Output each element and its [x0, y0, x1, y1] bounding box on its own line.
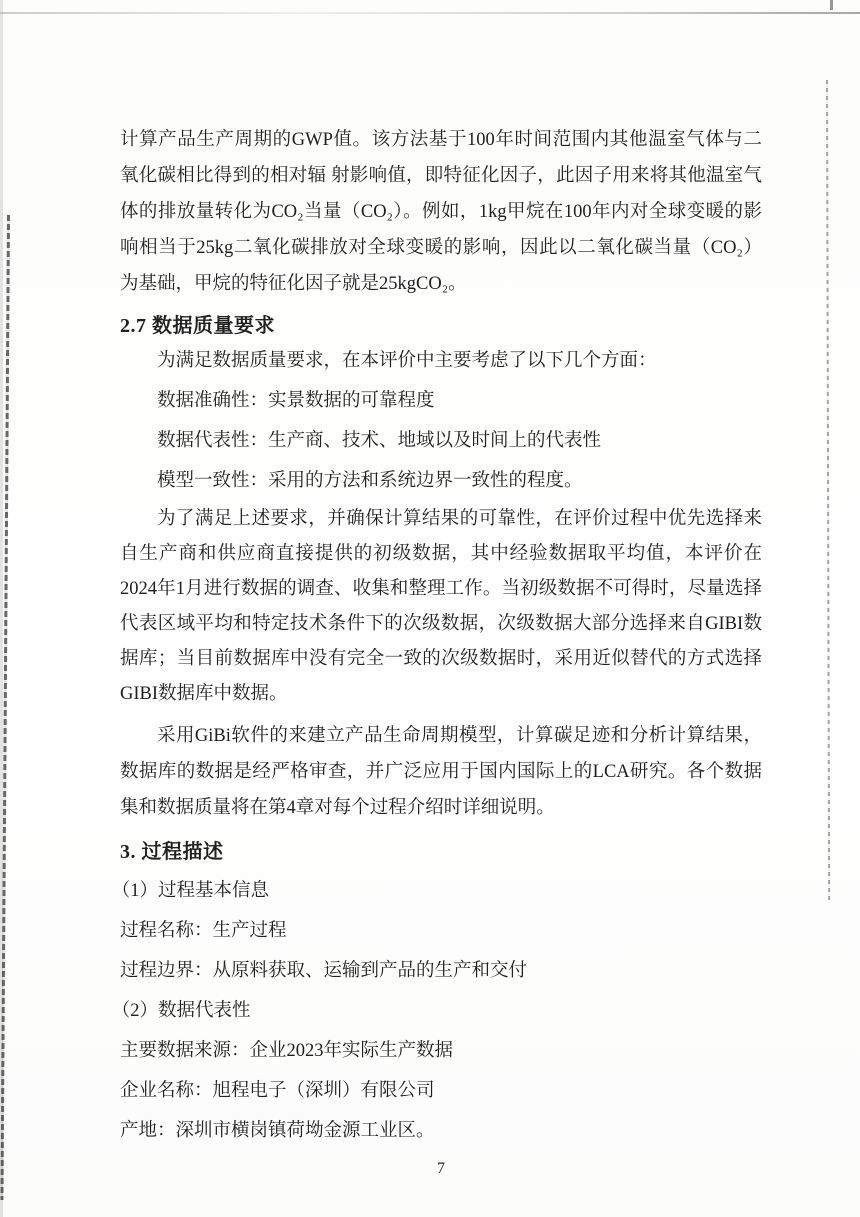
- quality-item-representativeness: 数据代表性：生产商、技术、地域以及时间上的代表性: [120, 429, 762, 454]
- quality-item-accuracy: 数据准确性：实景数据的可靠程度: [120, 389, 762, 414]
- subsection-label-process-info: （1）过程基本信息: [112, 879, 762, 904]
- quality-item-consistency: 模型一致性：采用的方法和系统边界一致性的程度。: [120, 469, 762, 494]
- production-location-line: 产地：深圳市横岗镇荷坳金源工业区。: [120, 1119, 762, 1144]
- document-content: 计算产品生产周期的GWP值。该方法基于100年时间范围内其他温室气体与二氧化碳相…: [120, 122, 762, 1178]
- paragraph-gibi-software: 采用GiBi软件的来建立产品生命周期模型，计算碳足迹和分析计算结果，数据库的数据…: [120, 718, 762, 826]
- subsection-label-data-representativeness: （2）数据代表性: [112, 999, 762, 1024]
- scanned-document-page: 计算产品生产周期的GWP值。该方法基于100年时间范围内其他温室气体与二氧化碳相…: [0, 0, 860, 1217]
- scan-artifact-top-line: [0, 12, 860, 14]
- process-name-line: 过程名称：生产过程: [120, 919, 762, 944]
- paragraph-data-selection: 为了满足上述要求，并确保计算结果的可靠性，在评价过程中优先选择来自生产商和供应商…: [120, 502, 762, 712]
- process-boundary-line: 过程边界：从原料获取、运输到产品的生产和交付: [120, 959, 762, 984]
- scan-artifact-right-crease: [826, 80, 830, 900]
- company-name-line: 企业名称：旭程电子（深圳）有限公司: [120, 1079, 762, 1104]
- section-heading-2-7: 2.7 数据质量要求: [120, 314, 762, 338]
- quality-requirements-intro: 为满足数据质量要求，在本评价中主要考虑了以下几个方面：: [120, 349, 762, 374]
- data-source-line: 主要数据来源：企业2023年实际生产数据: [120, 1039, 762, 1064]
- page-number: 7: [120, 1160, 762, 1178]
- scan-artifact-top-right-tick: [830, 0, 833, 10]
- paragraph-gwp-method: 计算产品生产周期的GWP值。该方法基于100年时间范围内其他温室气体与二氧化碳相…: [120, 122, 762, 302]
- section-heading-3: 3. 过程描述: [120, 840, 762, 864]
